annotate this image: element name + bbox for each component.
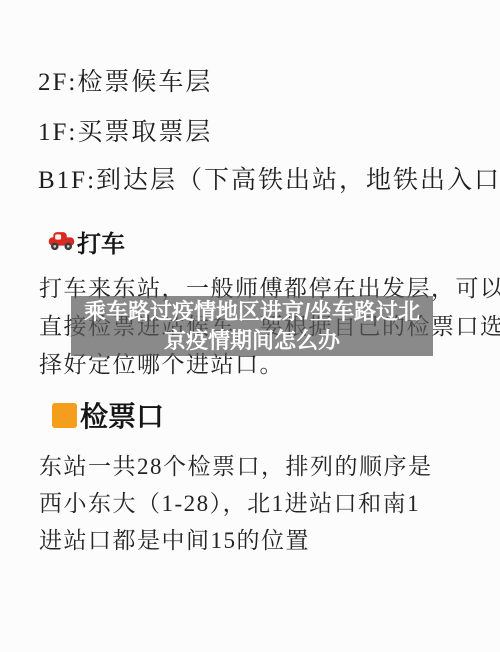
- floor-line-b1f: B1F:到达层（下高铁出站，地铁出入口）: [38, 160, 500, 196]
- article-page: 2F:检票候车层 1F:买票取票层 B1F:到达层（下高铁出站，地铁出入口） 打…: [0, 0, 500, 652]
- gates-section-heading: 检票口: [52, 395, 164, 435]
- subtitle-line: 京疫情期间怎么办: [164, 326, 340, 355]
- taxi-section-heading: 打车: [48, 224, 125, 259]
- video-subtitle-overlay: 乘车路过疫情地区进京/坐车路过北 京疫情期间怎么办: [71, 296, 433, 356]
- gates-paragraph-line: 西小东大（1-28），北1进站口和南1: [39, 485, 465, 522]
- taxi-heading-label: 打车: [77, 224, 125, 259]
- gates-paragraph: 东站一共28个检票口，排列的顺序是 西小东大（1-28），北1进站口和南1 进站…: [39, 448, 465, 559]
- gates-heading-label: 检票口: [80, 395, 164, 435]
- car-icon: [48, 231, 75, 252]
- subtitle-line: 乘车路过疫情地区进京/坐车路过北: [84, 297, 420, 326]
- gates-paragraph-line: 进站口都是中间15的位置: [39, 522, 465, 559]
- orange-square-icon: [52, 403, 77, 428]
- gates-paragraph-line: 东站一共28个检票口，排列的顺序是: [39, 448, 465, 485]
- floor-line-2f: 2F:检票候车层: [38, 62, 212, 98]
- floor-line-1f: 1F:买票取票层: [38, 112, 212, 148]
